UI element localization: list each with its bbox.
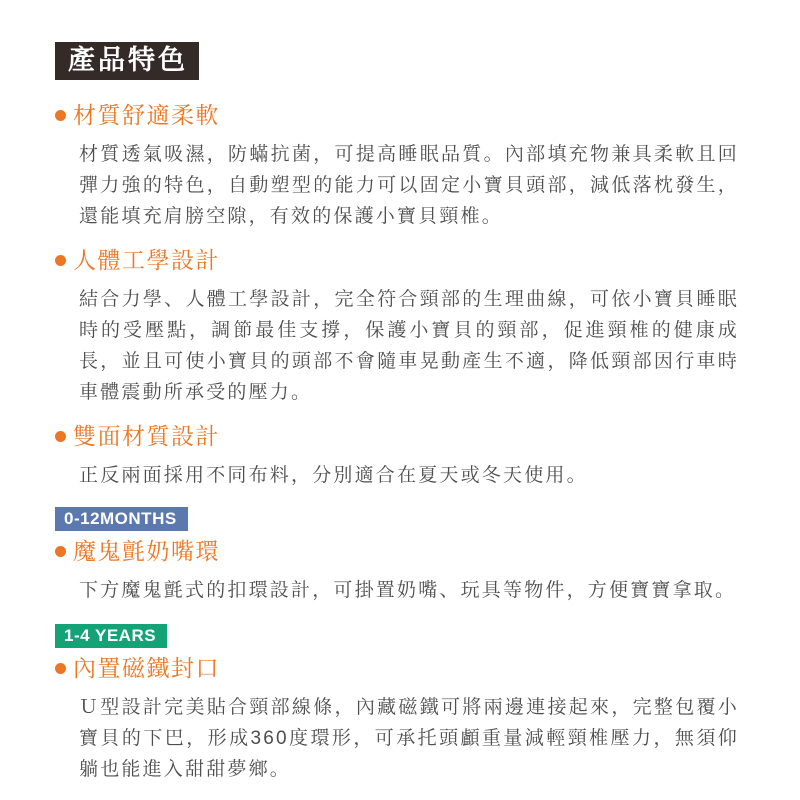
feature-section-ergonomic: 人體工學設計 結合力學、人體工學設計，完全符合頸部的生理曲線，可依小寶貝睡眠時的… bbox=[55, 245, 742, 408]
bullseye-icon bbox=[55, 110, 66, 121]
page-title: 產品特色 bbox=[55, 42, 199, 80]
section-heading: 人體工學設計 bbox=[55, 245, 742, 275]
bullseye-icon bbox=[55, 663, 66, 674]
bullseye-dot bbox=[58, 257, 63, 264]
product-features-page: 產品特色 材質舒適柔軟 材質透氣吸濕，防蟎抗菌，可提高睡眠品質。內部填充物兼具柔… bbox=[0, 0, 800, 785]
section-heading-text: 雙面材質設計 bbox=[73, 421, 220, 451]
feature-section-double-sided: 雙面材質設計 正反兩面採用不同布料，分別適合在夏天或冬天使用。 bbox=[55, 421, 742, 491]
age-badge-1-4-years: 1-4 YEARS bbox=[55, 624, 167, 648]
section-body: 下方魔鬼氈式的扣環設計，可掛置奶嘴、玩具等物件，方便寶寶拿取。 bbox=[79, 575, 739, 606]
section-heading: 魔鬼氈奶嘴環 bbox=[55, 536, 742, 566]
bullseye-icon bbox=[55, 546, 66, 557]
section-body: 結合力學、人體工學設計，完全符合頸部的生理曲線，可依小寶貝睡眠時的受壓點，調節最… bbox=[79, 284, 739, 408]
bullseye-icon bbox=[55, 255, 66, 266]
bullseye-dot bbox=[58, 112, 63, 119]
section-body: 材質透氣吸濕，防蟎抗菌，可提高睡眠品質。內部填充物兼具柔軟且回彈力強的特色，自動… bbox=[79, 139, 739, 232]
section-heading: 材質舒適柔軟 bbox=[55, 100, 742, 130]
bullseye-dot bbox=[58, 433, 63, 440]
age-badge-row: 1-4 YEARS bbox=[55, 624, 742, 648]
feature-section-pacifier-ring: 魔鬼氈奶嘴環 下方魔鬼氈式的扣環設計，可掛置奶嘴、玩具等物件，方便寶寶拿取。 bbox=[55, 536, 742, 606]
age-badge-0-12-months: 0-12MONTHS bbox=[55, 507, 188, 531]
section-heading-text: 材質舒適柔軟 bbox=[73, 100, 220, 130]
section-body: 正反兩面採用不同布料，分別適合在夏天或冬天使用。 bbox=[79, 460, 739, 491]
section-heading-text: 內置磁鐵封口 bbox=[73, 653, 220, 683]
bullseye-dot bbox=[58, 665, 63, 672]
age-badge-row: 0-12MONTHS bbox=[55, 507, 742, 531]
bullseye-icon bbox=[55, 431, 66, 442]
section-heading: 內置磁鐵封口 bbox=[55, 653, 742, 683]
section-heading-text: 魔鬼氈奶嘴環 bbox=[73, 536, 220, 566]
feature-section-magnet-closure: 內置磁鐵封口 Ｕ型設計完美貼合頸部線條，內藏磁鐵可將兩邊連接起來，完整包覆小寶貝… bbox=[55, 653, 742, 785]
bullseye-dot bbox=[58, 548, 63, 555]
section-heading: 雙面材質設計 bbox=[55, 421, 742, 451]
section-body: Ｕ型設計完美貼合頸部線條，內藏磁鐵可將兩邊連接起來，完整包覆小寶貝的下巴，形成3… bbox=[79, 692, 739, 785]
section-heading-text: 人體工學設計 bbox=[73, 245, 220, 275]
feature-section-material: 材質舒適柔軟 材質透氣吸濕，防蟎抗菌，可提高睡眠品質。內部填充物兼具柔軟且回彈力… bbox=[55, 100, 742, 232]
